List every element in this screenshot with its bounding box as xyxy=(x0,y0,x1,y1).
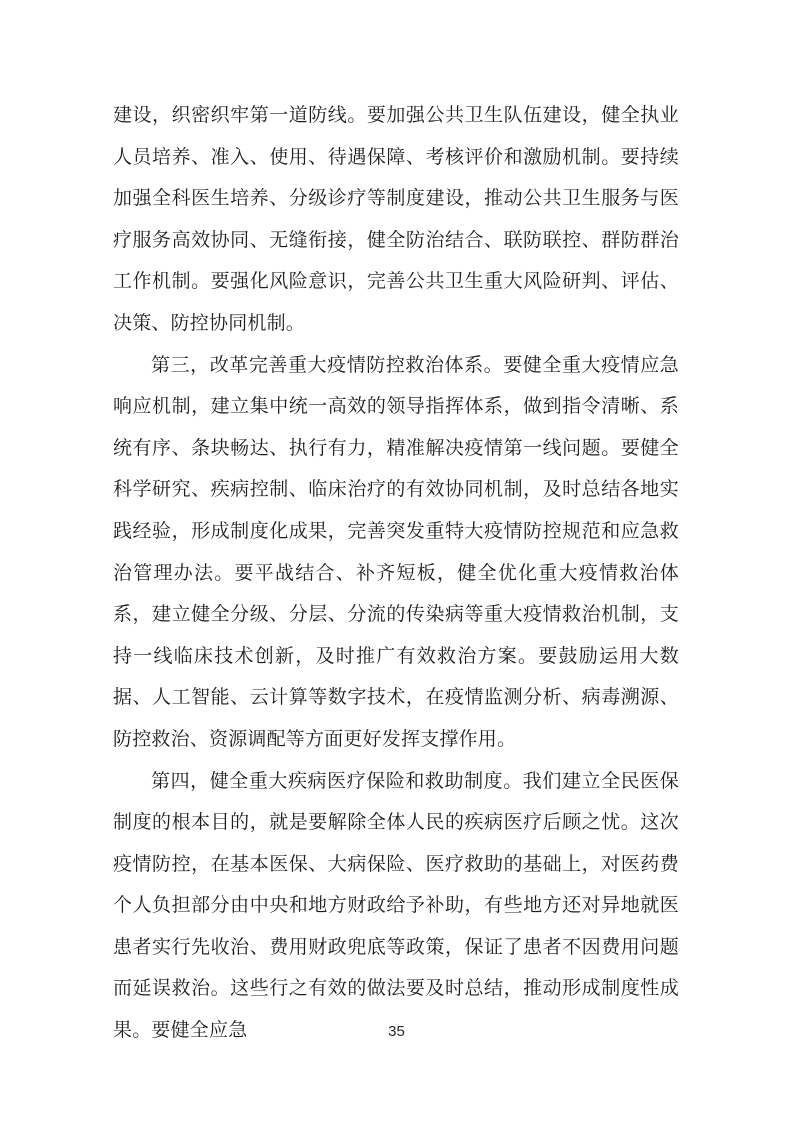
paragraph-point-four: 第四，健全重大疾病医疗保险和救助制度。我们建立全民医保制度的根本目的，就是要解除… xyxy=(113,761,679,1052)
paragraph-continuation: 建设，织密织牢第一道防线。要加强公共卫生队伍建设，健全执业人员培养、准入、使用、… xyxy=(113,95,679,345)
paragraph-point-three: 第三，改革完善重大疫情防控救治体系。要健全重大疫情应急响应机制，建立集中统一高效… xyxy=(113,345,679,761)
page-number: 35 xyxy=(388,1023,405,1040)
page-footer: 35 xyxy=(0,1023,793,1041)
document-page: 建设，织密织牢第一道防线。要加强公共卫生队伍建设，健全执业人员培养、准入、使用、… xyxy=(0,0,793,1122)
page-body: 建设，织密织牢第一道防线。要加强公共卫生队伍建设，健全执业人员培养、准入、使用、… xyxy=(113,95,679,1052)
